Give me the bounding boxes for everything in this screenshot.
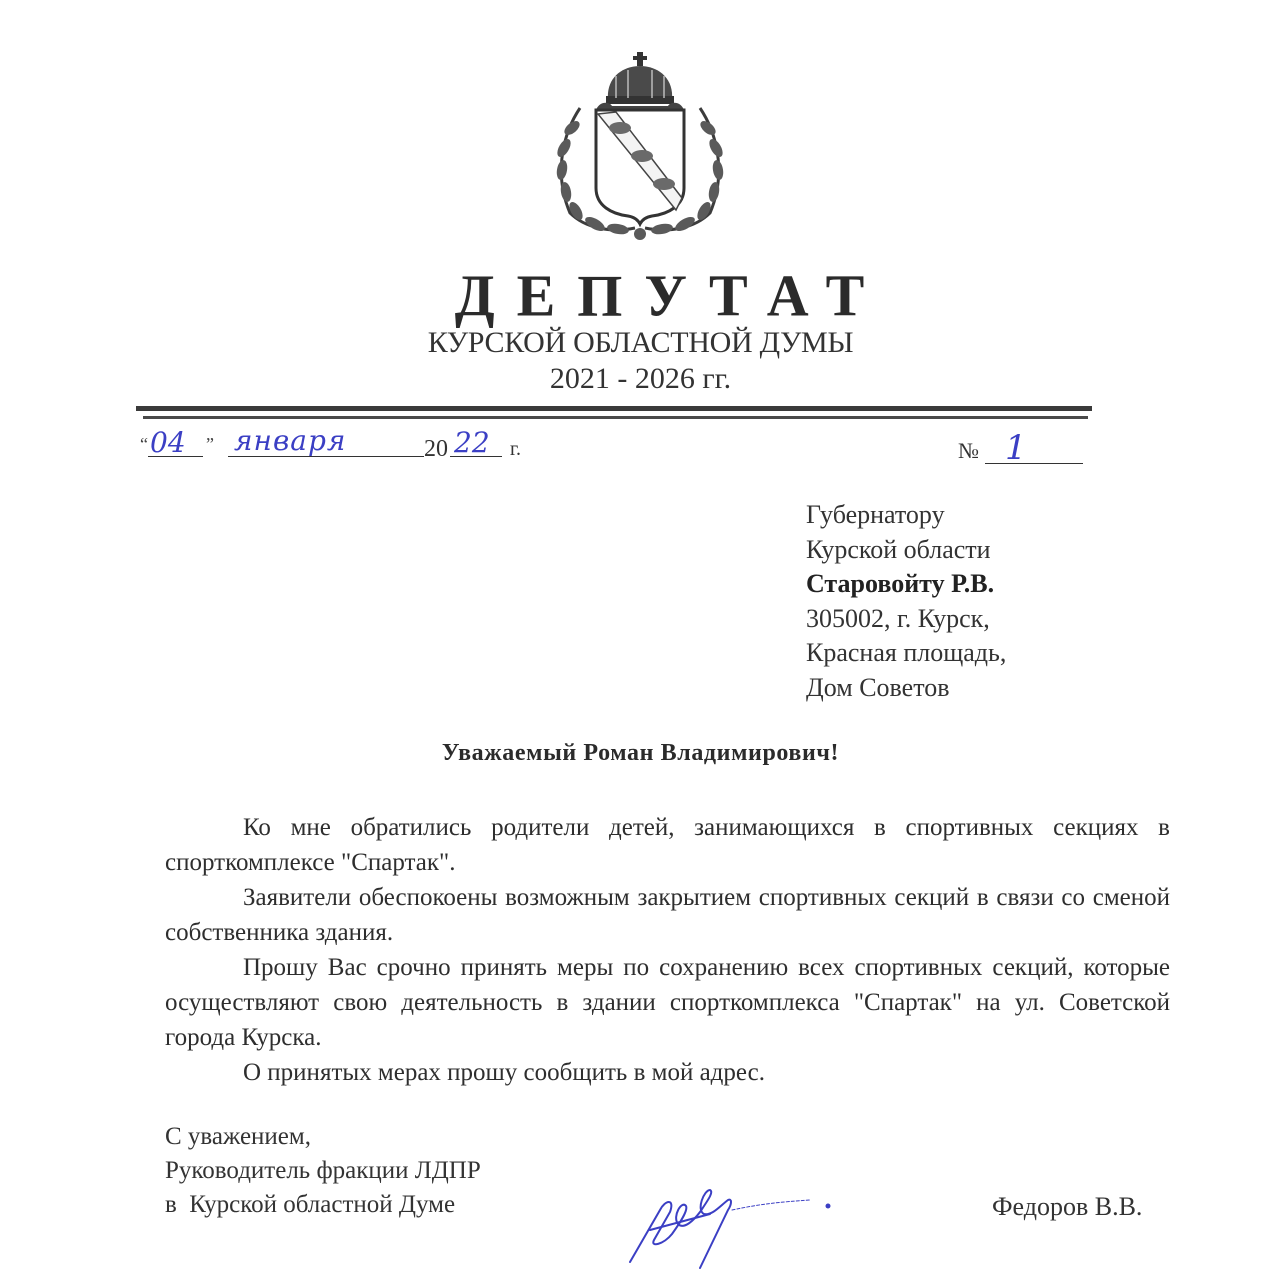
date-open-quote: “ <box>140 434 148 455</box>
body-paragraph: Заявители обеспокоены возможным закрытие… <box>165 880 1170 950</box>
date-year-handwritten: 22 <box>454 426 490 459</box>
date-day-handwritten: 04 <box>150 426 186 459</box>
date-year-prefix: 20 <box>424 436 448 463</box>
addressee-position: Губернатору <box>806 498 1006 533</box>
document-number-handwritten: 1 <box>1005 428 1027 468</box>
closing-block: С уважением, Руководитель фракции ЛДПР в… <box>165 1120 481 1222</box>
body-paragraph: О принятых мерах прошу сообщить в мой ад… <box>165 1055 1170 1090</box>
body-paragraph: Ко мне обратились родители детей, занима… <box>165 810 1170 880</box>
header-rule-thick <box>136 406 1092 411</box>
addressee-region: Курской области <box>806 533 1006 568</box>
date-year-unit: г. <box>510 438 521 461</box>
closing-organization: в Курской областной Думе <box>165 1188 481 1222</box>
closing-regards: С уважением, <box>165 1120 481 1154</box>
coat-of-arms-emblem <box>540 48 740 248</box>
document-date: “ 04 ” января 20 22 г. <box>140 428 540 468</box>
signer-name: Федоров В.В. <box>992 1192 1142 1222</box>
letterhead-title: ДЕПУТАТ <box>0 261 1281 329</box>
emblem-icon <box>540 48 740 248</box>
body-paragraph: Прошу Вас срочно принять меры по сохране… <box>165 950 1170 1055</box>
letterhead-subtitle: КУРСКОЙ ОБЛАСТНОЙ ДУМЫ <box>0 326 1281 360</box>
salutation: Уважаемый Роман Владимирович! <box>0 740 1281 767</box>
handwritten-signature <box>620 1170 850 1270</box>
addressee-street: Красная площадь, <box>806 636 1006 671</box>
header-rule-thin <box>143 416 1088 419</box>
addressee-postal-city: 305002, г. Курск, <box>806 602 1006 637</box>
document-number-label: № <box>958 438 979 464</box>
date-close-quote: ” <box>206 434 214 455</box>
letter-body: Ко мне обратились родители детей, занима… <box>165 810 1170 1090</box>
addressee-name: Старовойту Р.В. <box>806 567 1006 602</box>
addressee-building: Дом Советов <box>806 671 1006 706</box>
closing-position: Руководитель фракции ЛДПР <box>165 1154 481 1188</box>
date-month-handwritten: января <box>234 424 346 457</box>
document-number-underline <box>985 463 1083 464</box>
signature-icon <box>620 1170 850 1270</box>
addressee-block: Губернатору Курской области Старовойту Р… <box>806 498 1006 705</box>
letterhead-term-years: 2021 - 2026 гг. <box>0 362 1281 396</box>
